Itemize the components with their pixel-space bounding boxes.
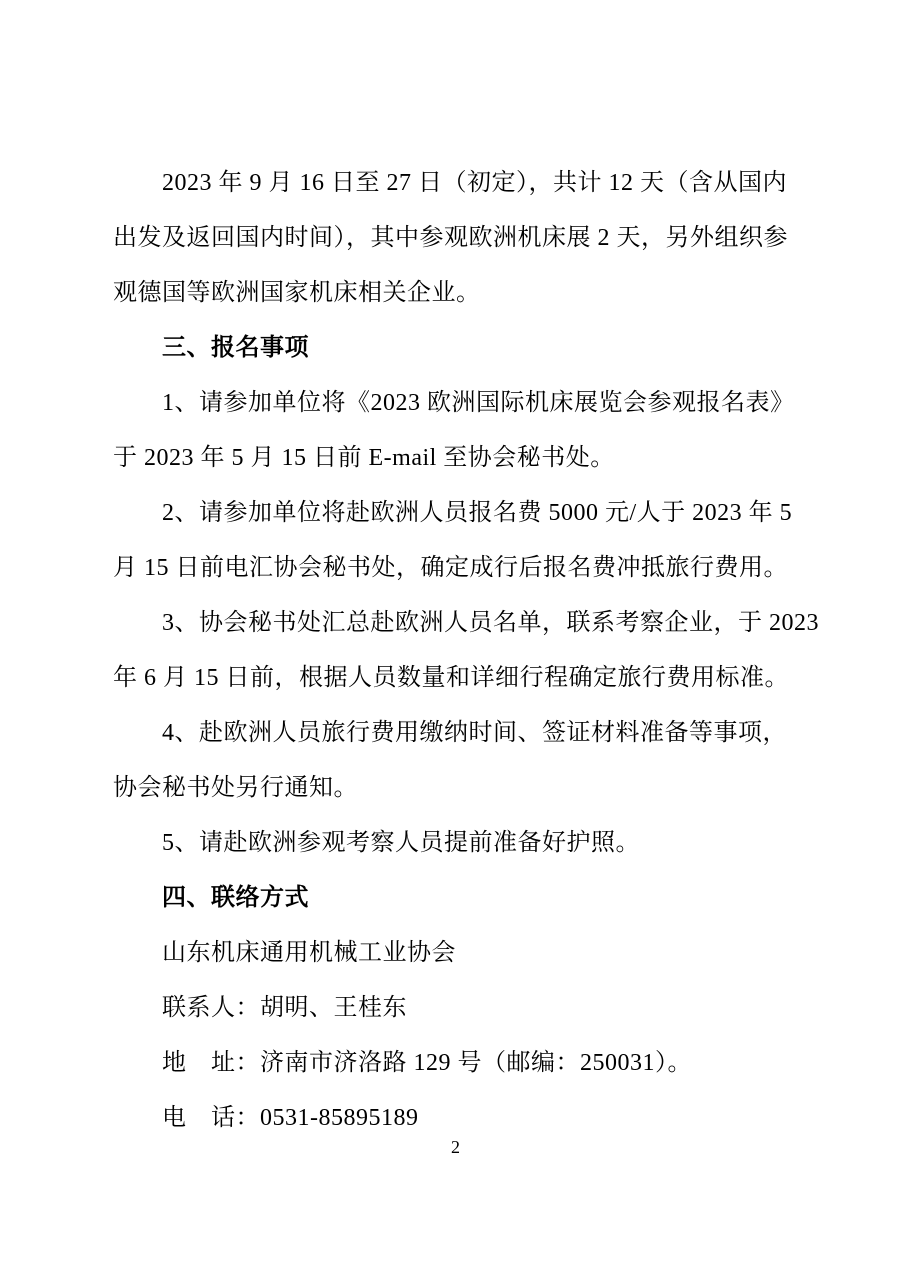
paragraph-line: 5、请赴欧洲参观考察人员提前准备好护照。	[113, 816, 798, 871]
paragraph-line: 2、请参加单位将赴欧洲人员报名费 5000 元/人于 2023 年 5	[113, 486, 798, 541]
paragraph-line: 地 址：济南市济洛路 129 号（邮编：250031）。	[113, 1036, 798, 1091]
paragraph-line: 1、请参加单位将《2023 欧洲国际机床展览会参观报名表》	[113, 376, 798, 431]
document-content: 2023 年 9 月 16 日至 27 日（初定），共计 12 天（含从国内 出…	[0, 0, 911, 1146]
paragraph-line: 3、协会秘书处汇总赴欧洲人员名单，联系考察企业，于 2023	[113, 596, 798, 651]
paragraph-item-3: 3、协会秘书处汇总赴欧洲人员名单，联系考察企业，于 2023 年 6 月 15 …	[113, 596, 798, 706]
paragraph-line: 2023 年 9 月 16 日至 27 日（初定），共计 12 天（含从国内	[113, 156, 798, 211]
paragraph-line: 年 6 月 15 日前，根据人员数量和详细行程确定旅行费用标准。	[113, 651, 798, 706]
paragraph-line: 协会秘书处另行通知。	[113, 761, 798, 816]
heading-line: 四、联络方式	[113, 871, 798, 926]
contact-persons: 联系人：胡明、王桂东	[113, 981, 798, 1036]
heading-line: 三、报名事项	[113, 321, 798, 376]
paragraph-line: 联系人：胡明、王桂东	[113, 981, 798, 1036]
paragraph-item-1: 1、请参加单位将《2023 欧洲国际机床展览会参观报名表》 于 2023 年 5…	[113, 376, 798, 486]
section-heading-registration: 三、报名事项	[113, 321, 798, 376]
paragraph-line: 月 15 日前电汇协会秘书处，确定成行后报名费冲抵旅行费用。	[113, 541, 798, 596]
contact-address: 地 址：济南市济洛路 129 号（邮编：250031）。	[113, 1036, 798, 1091]
paragraph-item-4: 4、赴欧洲人员旅行费用缴纳时间、签证材料准备等事项， 协会秘书处另行通知。	[113, 706, 798, 816]
paragraph-line: 山东机床通用机械工业协会	[113, 926, 798, 981]
paragraph-line: 观德国等欧洲国家机床相关企业。	[113, 266, 798, 321]
paragraph-line: 4、赴欧洲人员旅行费用缴纳时间、签证材料准备等事项，	[113, 706, 798, 761]
paragraph-line: 于 2023 年 5 月 15 日前 E-mail 至协会秘书处。	[113, 431, 798, 486]
contact-association-name: 山东机床通用机械工业协会	[113, 926, 798, 981]
document-page: 2023 年 9 月 16 日至 27 日（初定），共计 12 天（含从国内 出…	[0, 0, 911, 1288]
section-heading-contact: 四、联络方式	[113, 871, 798, 926]
paragraph-line: 出发及返回国内时间），其中参观欧洲机床展 2 天，另外组织参	[113, 211, 798, 266]
paragraph-schedule: 2023 年 9 月 16 日至 27 日（初定），共计 12 天（含从国内 出…	[113, 156, 798, 321]
paragraph-item-2: 2、请参加单位将赴欧洲人员报名费 5000 元/人于 2023 年 5 月 15…	[113, 486, 798, 596]
paragraph-item-5: 5、请赴欧洲参观考察人员提前准备好护照。	[113, 816, 798, 871]
page-number: 2	[0, 1136, 911, 1158]
